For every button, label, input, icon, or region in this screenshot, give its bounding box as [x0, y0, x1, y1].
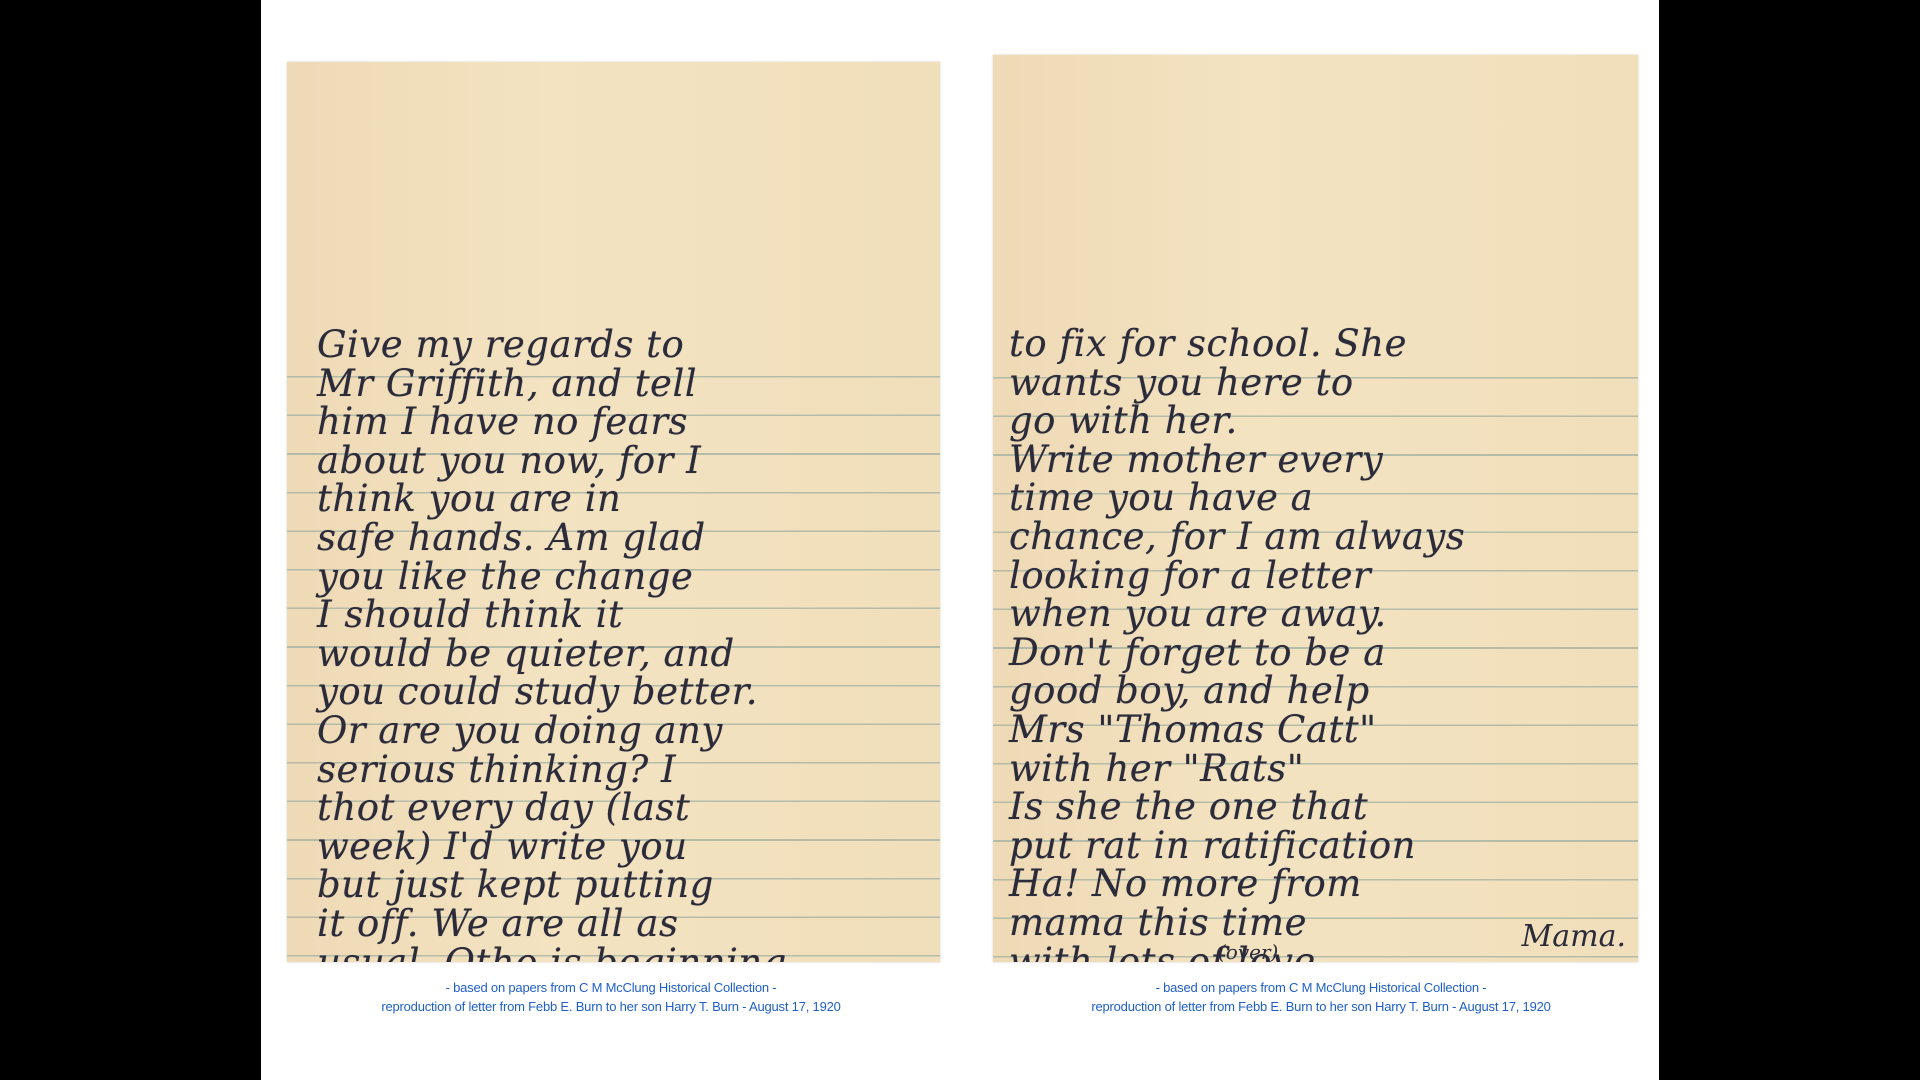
handwritten-text-left: Give my regards to Mr Griffith, and tell… [317, 324, 940, 962]
handwritten-line: Give my regards to [317, 326, 940, 365]
handwritten-line: looking for a letter [1009, 557, 1638, 596]
handwritten-line: week) I'd write you [317, 828, 940, 867]
handwritten-line: good boy, and help [1009, 672, 1638, 711]
caption-right: - based on papers from C M McClung Histo… [1011, 978, 1631, 1016]
caption-description: reproduction of letter from Febb E. Burn… [1011, 997, 1631, 1016]
handwritten-text-right: to fix for school. She wants you here to… [1009, 325, 1638, 962]
handwritten-line: time you have a [1009, 479, 1638, 518]
handwritten-line: it off. We are all as [317, 905, 940, 944]
over-note: (over) [1218, 940, 1278, 962]
handwritten-line: to fix for school. She [1009, 325, 1638, 364]
signature: Mama. [1522, 919, 1626, 954]
handwritten-line: with her "Rats" [1009, 750, 1638, 789]
handwritten-line: put rat in ratification [1009, 827, 1638, 866]
handwritten-line: you could study better. [317, 673, 940, 712]
handwritten-line: would be quieter, and [317, 635, 940, 674]
handwritten-line: but just kept putting [317, 866, 940, 905]
caption-source: - based on papers from C M McClung Histo… [1011, 978, 1631, 997]
handwritten-line: him I have no fears [317, 403, 940, 442]
handwritten-line: think you are in [317, 480, 940, 519]
image-stage: Give my regards to Mr Griffith, and tell… [261, 0, 1659, 1080]
handwritten-line: I should think it [317, 596, 940, 635]
handwritten-line: thot every day (last [317, 789, 940, 828]
caption-description: reproduction of letter from Febb E. Burn… [301, 997, 921, 1016]
handwritten-line: you like the change [317, 558, 940, 597]
handwritten-line: about you now, for I [317, 442, 940, 481]
handwritten-line: Mrs "Thomas Catt" [1009, 711, 1638, 750]
handwritten-line: Write mother every [1009, 441, 1638, 480]
handwritten-line: go with her. [1009, 402, 1638, 441]
handwritten-line: chance, for I am always [1009, 518, 1638, 557]
letter-page-right: to fix for school. She wants you here to… [993, 55, 1638, 962]
handwritten-line: usual. Otho is beginning [317, 944, 940, 963]
handwritten-line: Is she the one that [1009, 788, 1638, 827]
handwritten-line: Don't forget to be a [1009, 634, 1638, 673]
caption-source: - based on papers from C M McClung Histo… [301, 978, 921, 997]
handwritten-line: Ha! No more from [1009, 865, 1638, 904]
handwritten-line: Mr Griffith, and tell [317, 365, 940, 404]
handwritten-line: wants you here to [1009, 364, 1638, 403]
handwritten-line: serious thinking? I [317, 751, 940, 790]
handwritten-line: when you are away. [1009, 595, 1638, 634]
letter-page-left: Give my regards to Mr Griffith, and tell… [287, 62, 940, 962]
caption-left: - based on papers from C M McClung Histo… [301, 978, 921, 1016]
handwritten-line: safe hands. Am glad [317, 519, 940, 558]
handwritten-line: Or are you doing any [317, 712, 940, 751]
